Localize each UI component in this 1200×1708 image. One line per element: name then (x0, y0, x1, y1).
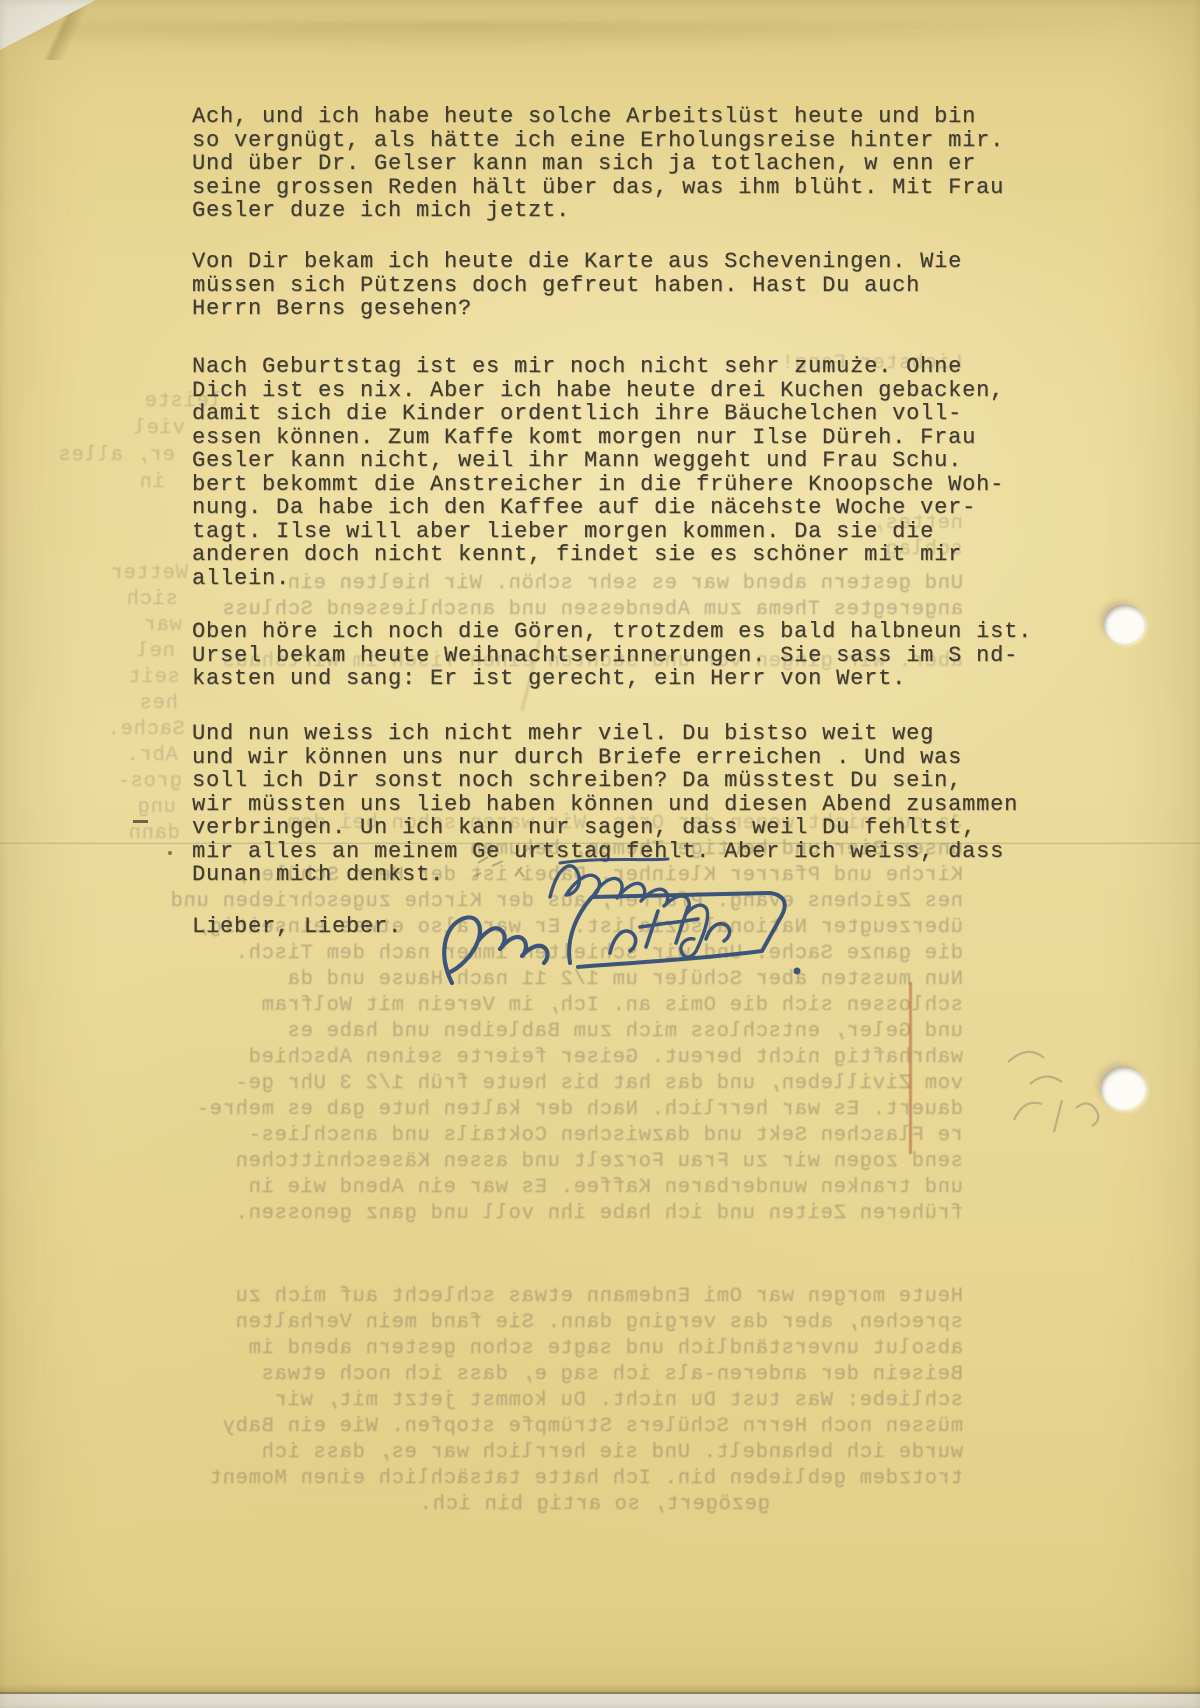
verso-line: nel (136, 640, 175, 664)
verso-line: hes (139, 692, 178, 716)
verso-line: und tranken wunderbaren Kaffee. Es war e… (248, 1176, 963, 1200)
verso-line: früheren Zeiten und ich habe ihn voll un… (235, 1202, 963, 1226)
signature-flourish (550, 866, 708, 957)
paragraph-1: Ach, und ich habe heute solche Arbeitslü… (192, 105, 1052, 223)
verso-line: Abr. (126, 744, 178, 768)
verso-line: wurde ich behandelt. Und sie herrlich wa… (261, 1441, 963, 1465)
top-fold-shadow (0, 22, 1200, 62)
scan-corner (0, 0, 96, 50)
verso-line: gezögert, so artig bin ich. (419, 1493, 770, 1517)
verso-line: müssen noch Herrn Schülers Strümpfe stop… (222, 1415, 963, 1439)
verso-line: trotzdem geblieben bin. Ich hatte tatsäc… (209, 1467, 963, 1491)
pencil-scribble (980, 1028, 1150, 1168)
verso-line: Wetter (110, 562, 188, 586)
verso-line: sprechen, aber das verging dann. Sie fan… (235, 1311, 963, 1335)
verso-line: wahrhaftig nicht bereut. Geiser feierte … (248, 1046, 963, 1070)
paragraph-4: Oben höre ich noch die Gören, trotzdem e… (192, 620, 1052, 691)
punch-hole-top (1103, 604, 1145, 644)
verso-line: re Flaschen Sekt und dazwischen Coktails… (248, 1124, 963, 1148)
verso-line: schliebe: Was tust Du nicht. Du kommst j… (274, 1389, 963, 1413)
verso-line: Beisein der anderen-als ich sag e, dass … (261, 1363, 963, 1387)
verso-line: send zogen wir zu Frau Forzelt und assen… (235, 1150, 963, 1174)
verso-line: sich (126, 588, 178, 612)
verso-line: vom Zivilleben, und das hat bis heute fr… (235, 1072, 963, 1096)
verso-line: seit (128, 666, 180, 690)
margin-dash-mark (133, 820, 148, 823)
scan-bottom-edge (0, 1692, 1200, 1708)
margin-dot-mark (168, 851, 172, 855)
verso-line: absolut unverständlich und sagte schon g… (248, 1337, 963, 1361)
pencil-marks (473, 857, 524, 877)
verso-line: ung (137, 796, 176, 820)
verso-line: in (139, 471, 165, 495)
verso-line: war (143, 614, 182, 638)
verso-line: gros- (117, 770, 182, 794)
verso-line: und Geler, entschloss mich zum Bableiben… (287, 1020, 963, 1044)
handwritten-signature (400, 835, 1020, 1010)
verso-line: dauert. Es war herrlich. Nach der kalten… (196, 1098, 963, 1122)
verso-line: Heute morgen war Omi Endemann etwas schl… (235, 1285, 963, 1309)
verso-line: er, alles (58, 444, 175, 468)
paragraph-2: Von Dir bekam ich heute die Karte aus Sc… (192, 250, 1052, 321)
verso-line: Sache. (107, 718, 185, 742)
paragraph-3: Nach Geburtstag ist es mir noch nicht se… (192, 355, 1052, 590)
verso-line: viel (133, 417, 185, 441)
